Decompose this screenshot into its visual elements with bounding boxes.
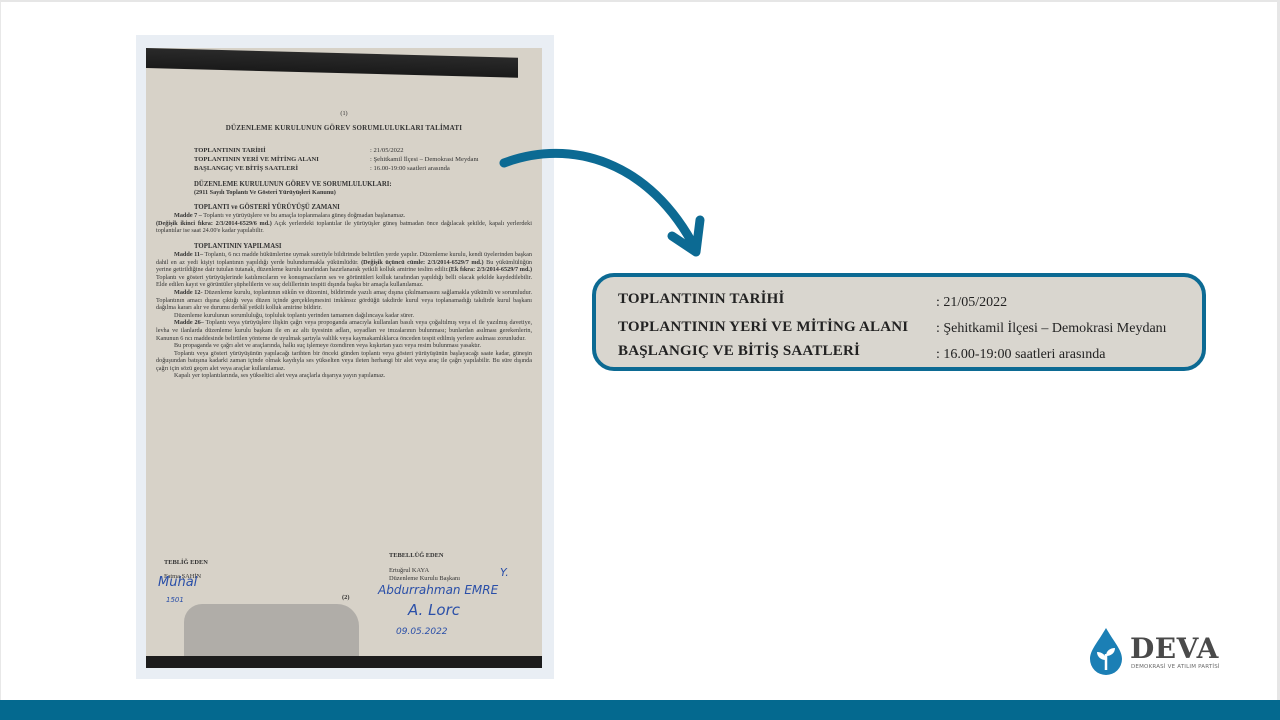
logo-wordmark: DEVA	[1130, 632, 1219, 665]
handwritten-date: 09.05.2022	[396, 628, 448, 637]
callout-value: : Şehitkamil İlçesi – Demokrasi Meydanı	[936, 321, 1167, 337]
document-photo-frame: (1) DÜZENLEME KURULUNUN GÖREV SORUMLULUK…	[136, 35, 554, 679]
document-photo: (1) DÜZENLEME KURULUNUN GÖREV SORUMLULUK…	[146, 48, 542, 668]
handwritten-signature: A. Lorc	[408, 606, 460, 615]
callout-label: TOPLANTININ YERİ VE MİTİNG ALANI	[618, 319, 936, 337]
photo-bottom-edge	[146, 656, 542, 668]
callout-row-hours: BAŞLANGIÇ VE BİTİŞ SAATLERİ : 16.00-19:0…	[618, 343, 1106, 363]
callout-value: : 21/05/2022	[936, 295, 1007, 311]
curved-arrow-icon	[490, 140, 720, 270]
teblig-eden-label: TEBLİĞ EDEN	[164, 558, 208, 567]
callout-value: : 16.00-19:00 saatleri arasında	[936, 347, 1106, 363]
signature-area: TEBLİĞ EDEN Fatma ŞAHİN Muhal 1501 (2) T…	[146, 48, 542, 668]
tebellug-eden-role: Düzenleme Kurulu Başkanı	[389, 574, 460, 583]
callout-label: BAŞLANGIÇ VE BİTİŞ SAATLERİ	[618, 343, 936, 363]
callout-row-location: TOPLANTININ YERİ VE MİTİNG ALANI : Şehit…	[618, 319, 1167, 337]
highlight-callout: TOPLANTININ TARİHİ : 21/05/2022 TOPLANTI…	[592, 273, 1206, 371]
handwritten-prefix: Y.	[500, 568, 509, 577]
water-drop-sprout-icon	[1088, 626, 1124, 676]
handwritten-name: Abdurrahman EMRE	[378, 586, 498, 595]
footer-bar	[0, 700, 1280, 720]
page-marker-bottom: (2)	[342, 593, 349, 602]
callout-label: TOPLANTININ TARİHİ	[618, 291, 936, 311]
callout-row-date: TOPLANTININ TARİHİ : 21/05/2022	[618, 291, 1007, 311]
teblig-signature: Muhal	[158, 578, 197, 587]
tebellug-eden-label: TEBELLÜĞ EDEN	[389, 551, 444, 560]
deva-logo: DEVA DEMOKRASİ VE ATILIM PARTİSİ	[1088, 626, 1233, 676]
teblig-note: 1501	[166, 596, 184, 605]
logo-tagline: DEMOKRASİ VE ATILIM PARTİSİ	[1131, 664, 1220, 670]
